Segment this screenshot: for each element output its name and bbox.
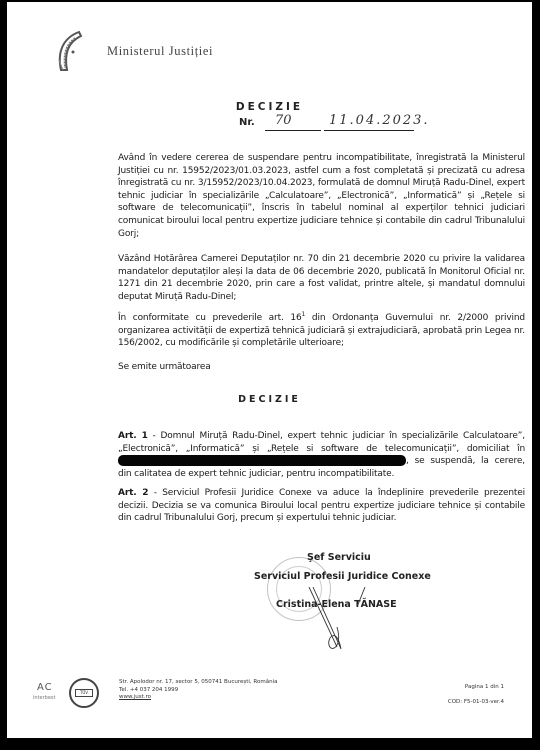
decision-title-2: DECIZIE [7, 394, 532, 405]
footer-address: Str. Apolodor nr. 17, sector 5, 050741 B… [119, 679, 277, 687]
redacted-address [118, 455, 406, 466]
paragraph-request: Având în vedere cererea de suspendare pe… [118, 152, 525, 240]
article-1-text-start: - Domnul Miruță Radu-Dinel, expert tehni… [118, 431, 525, 454]
page-number: Pagina 1 din 1 [465, 684, 504, 690]
decision-date-handwritten: 11.04.2023. [329, 113, 430, 128]
article-1-label: Art. 1 [118, 431, 148, 441]
ministry-name: Ministerul Justiției [107, 44, 213, 59]
paragraph-chamber-decision: Văzând Hotărârea Camerei Deputaților nr.… [118, 253, 525, 303]
decision-number-handwritten: 70 [275, 113, 292, 128]
decision-title: DECIZIE [7, 101, 532, 113]
tuv-label: TÜV [75, 689, 93, 697]
ac-certification-logo: AC [37, 682, 53, 693]
footer-website-link[interactable]: www.just.ro [119, 694, 277, 702]
paragraph-legal-basis: În conformitate cu prevederile art. 161 … [118, 312, 525, 350]
handwritten-signature [307, 587, 367, 657]
footer-contact: Str. Apolodor nr. 17, sector 5, 050741 B… [119, 679, 277, 702]
signature-role: Şef Serviciu [307, 552, 371, 563]
ac-logo-subtitle: interbest [33, 695, 55, 701]
decision-number-label: Nr. [239, 117, 255, 128]
coat-of-arms-icon [53, 30, 87, 72]
paragraph-issue: Se emite următoarea [118, 361, 525, 374]
date-line [324, 130, 414, 131]
article-2-label: Art. 2 [118, 488, 148, 498]
legal-basis-text-1: În conformitate cu prevederile art. 16 [118, 313, 302, 323]
footer-phone: Tel. +4 037 204 1999 [119, 687, 277, 695]
document-code: COD: F5-01-03-ver.4 [448, 699, 504, 705]
article-2: Art. 2 - Serviciul Profesii Juridice Con… [118, 487, 525, 525]
article-2-text: - Serviciul Profesii Juridice Conexe va … [118, 488, 525, 523]
number-line [265, 130, 321, 131]
signature-department: Serviciul Profesii Juridice Conexe [254, 571, 431, 582]
letterhead: Ministerul Justiției [53, 30, 213, 72]
document-page: Ministerul Justiției DECIZIE Nr. 70 11.0… [7, 2, 532, 738]
article-1: Art. 1 - Domnul Miruță Radu-Dinel, exper… [118, 430, 525, 480]
tuv-certification-logo: TÜV [69, 678, 99, 708]
